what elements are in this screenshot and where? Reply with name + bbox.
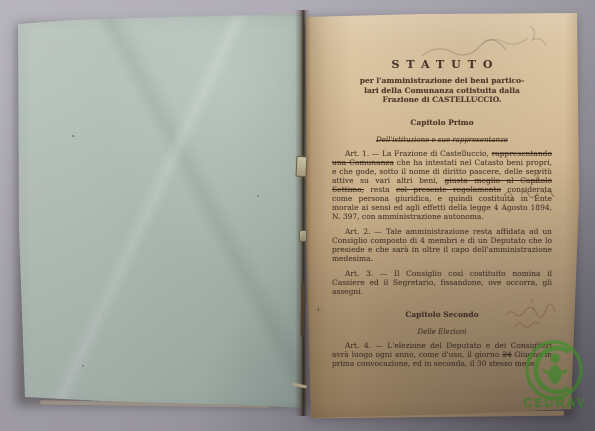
article-4-paragraph: Art. 4. — L'elezione del Deputato e dei … [332, 342, 552, 369]
text-segment: 24 [502, 350, 512, 359]
chapter-2-heading: Capitolo Secondo [332, 310, 552, 319]
chapter-2-subheading: Delle Elezioni [332, 328, 552, 336]
text-segment: col presente regolamento [396, 185, 501, 194]
text-segment: resta [364, 185, 396, 194]
chapter-1-subheading: Dell'istituzione e sue rappresentanze [332, 136, 552, 144]
chapter-2-subheading-text: Delle Elezioni [418, 328, 467, 336]
article-1-paragraph: Art. 1. — La Frazione di Castelluccio, r… [332, 150, 552, 221]
binding-staple-small [299, 230, 307, 242]
subtitle-line: lari della Comunanza cotistuita dalla [364, 86, 520, 95]
article-3-paragraph: Art. 3. — Il Consiglio così costituito n… [332, 270, 552, 297]
paper-specks [72, 135, 74, 137]
subtitle-line: per l'amministrazione dei beni partico- [360, 76, 525, 85]
chapter-1-heading: Capitolo Primo [332, 118, 552, 127]
subtitle-line: Frazione di CASTELLUCCIO. [383, 95, 502, 104]
binding-staple [295, 156, 307, 178]
text-segment: Art. 3. — Il Consiglio così costituito n… [332, 269, 552, 296]
article-2-paragraph: Art. 2. — Tale amministrazione resta aff… [332, 228, 552, 264]
page-text-column: STATUTO per l'amministrazione dei beni p… [332, 58, 552, 369]
booklet-left-cover [12, 10, 308, 412]
text-segment: Art. 2. — Tale amministrazione resta aff… [332, 227, 552, 263]
statute-subtitle: per l'amministrazione dei beni partico- … [332, 76, 552, 105]
booklet-right-page: STATUTO per l'amministrazione dei beni p… [302, 8, 584, 422]
photo-background: STATUTO per l'amministrazione dei beni p… [0, 0, 595, 431]
statute-title: STATUTO [332, 58, 552, 71]
pencil-plus-mark: + [315, 305, 322, 314]
chapter-1-subheading-text: Dell'istituzione e sue rappresentanze [376, 136, 508, 144]
text-segment: Art. 1. — La Frazione di Castelluccio, [345, 149, 492, 158]
